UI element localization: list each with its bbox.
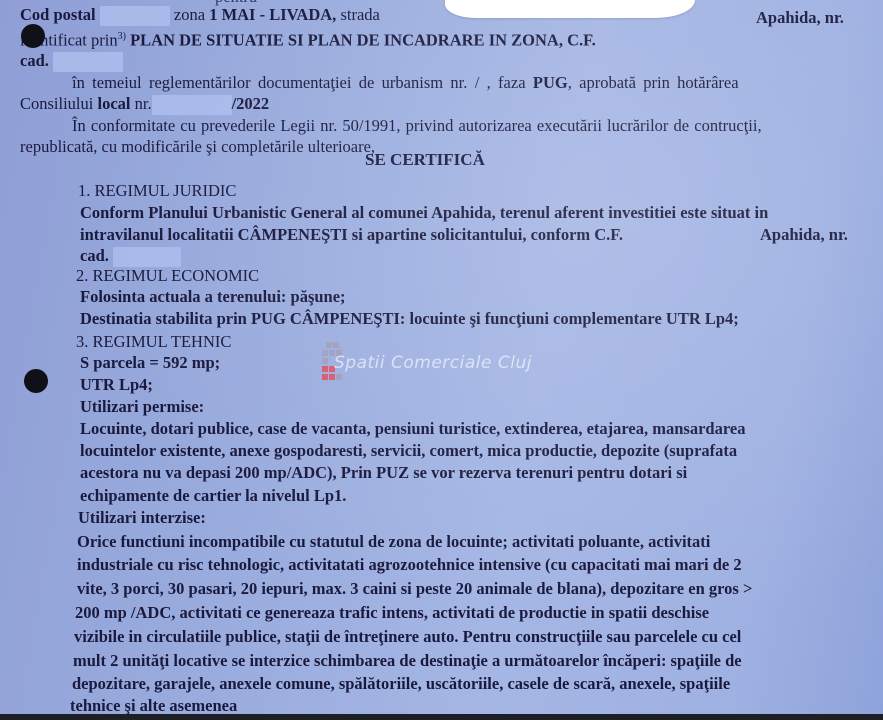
nr-label: nr.	[135, 94, 152, 113]
juridic-line-1: Conform Planului Urbanistic General al c…	[80, 203, 768, 223]
punch-hole	[21, 24, 45, 48]
pug-bold: PUG	[533, 73, 568, 92]
interzise-line: vizibile in circulatiile publice, staţii…	[74, 627, 741, 647]
watermark-text: Spatii Comerciale Cluj	[334, 353, 532, 373]
apahida-nr-top: Apahida, nr.	[756, 8, 844, 28]
temeiul-line: în temeiul reglementărilor documentaţiei…	[72, 73, 739, 93]
interzise-line: vite, 3 porci, 30 pasari, 20 iepuri, max…	[77, 579, 752, 599]
permise-line: acestora nu va depasi 200 mp/ADC), Prin …	[80, 463, 687, 483]
juridic-cad-label: cad.	[80, 246, 109, 265]
utr-line: UTR Lp4;	[80, 375, 153, 395]
local-bold: local	[97, 94, 130, 113]
consiliu-line: Consiliului local nr./2022	[20, 94, 269, 115]
interzise-line: industriale cu risc tehnologic, activita…	[77, 555, 742, 575]
temeiul-after: , aprobată prin hotărârea	[568, 73, 739, 92]
juridic-apahida-nr: Apahida, nr.	[760, 225, 848, 245]
cod-postal-label: Cod postal	[20, 5, 96, 24]
interzise-line: 200 mp /ADC, activitati ce genereaza tra…	[75, 603, 709, 623]
redacted-postal-code	[100, 6, 170, 26]
conformitate-line-1: În conformitate cu prevederile Legii nr.…	[72, 116, 762, 136]
redacted-cad-number	[53, 52, 123, 72]
document-title: SE CERTIFICĂ	[365, 150, 485, 170]
permise-line: locuintelor existente, anexe gospodarest…	[80, 441, 737, 461]
juridic-cad-line: cad.	[80, 246, 181, 267]
interzise-line: Orice functiuni incompatibile cu statutu…	[77, 532, 710, 552]
s-parcela: S parcela = 592 mp;	[80, 353, 220, 373]
permise-label: Utilizari permise:	[80, 397, 204, 417]
section-heading-juridic: 1. REGIMUL JURIDIC	[78, 181, 236, 201]
economic-line-1: Folosinta actuala a terenului: păşune;	[80, 287, 346, 307]
juridic-line-2: intravilanul localitatii CÂMPENEŞTI si a…	[80, 225, 623, 245]
cad-label: cad.	[20, 51, 49, 70]
conformitate-line-2: republicată, cu modificările şi completă…	[20, 137, 375, 157]
punch-hole	[24, 369, 48, 393]
redacted-juridic-cad	[113, 247, 181, 267]
document-photo: pentru Cod postal zona 1 MAI - LIVADA, s…	[0, 0, 883, 714]
plan-text: PLAN DE SITUATIE SI PLAN DE INCADRARE IN…	[130, 31, 596, 50]
zona-name: 1 MAI - LIVADA,	[209, 5, 336, 24]
zona-prefix: zona	[174, 5, 205, 24]
consiliu-prefix: Consiliului	[20, 94, 93, 113]
cod-postal-line: Cod postal zona 1 MAI - LIVADA, strada	[20, 5, 380, 26]
interzise-label: Utilizari interzise:	[78, 508, 206, 528]
cad-line: cad.	[20, 51, 123, 72]
identificat-line: identificat prin3) PLAN DE SITUATIE SI P…	[20, 27, 596, 51]
redacted-hcl-number	[152, 95, 232, 115]
interzise-line: depozitare, garajele, anexele comune, sp…	[72, 674, 730, 694]
footnote-ref: 3)	[118, 31, 126, 42]
permise-line: Locuinte, dotari publice, case de vacant…	[80, 419, 745, 439]
section-heading-tehnic: 3. REGIMUL TEHNIC	[76, 332, 231, 352]
watermark: Spatii Comerciale Cluj	[322, 340, 582, 394]
section-heading-economic: 2. REGIMUL ECONOMIC	[76, 266, 259, 286]
permise-line: echipamente de cartier la nivelul Lp1.	[80, 486, 346, 506]
strada-label: strada	[340, 5, 379, 24]
hcl-year: /2022	[232, 94, 270, 113]
interzise-line: tehnice şi alte asemenea	[70, 696, 237, 714]
temeiul-text: în temeiul reglementărilor documentaţiei…	[72, 73, 526, 92]
torn-paper-redaction	[445, 0, 695, 18]
economic-line-2: Destinatia stabilita prin PUG CÂMPENEŞTI…	[80, 309, 739, 329]
interzise-line: mult 2 unităţi locative se interzice sch…	[73, 651, 742, 671]
